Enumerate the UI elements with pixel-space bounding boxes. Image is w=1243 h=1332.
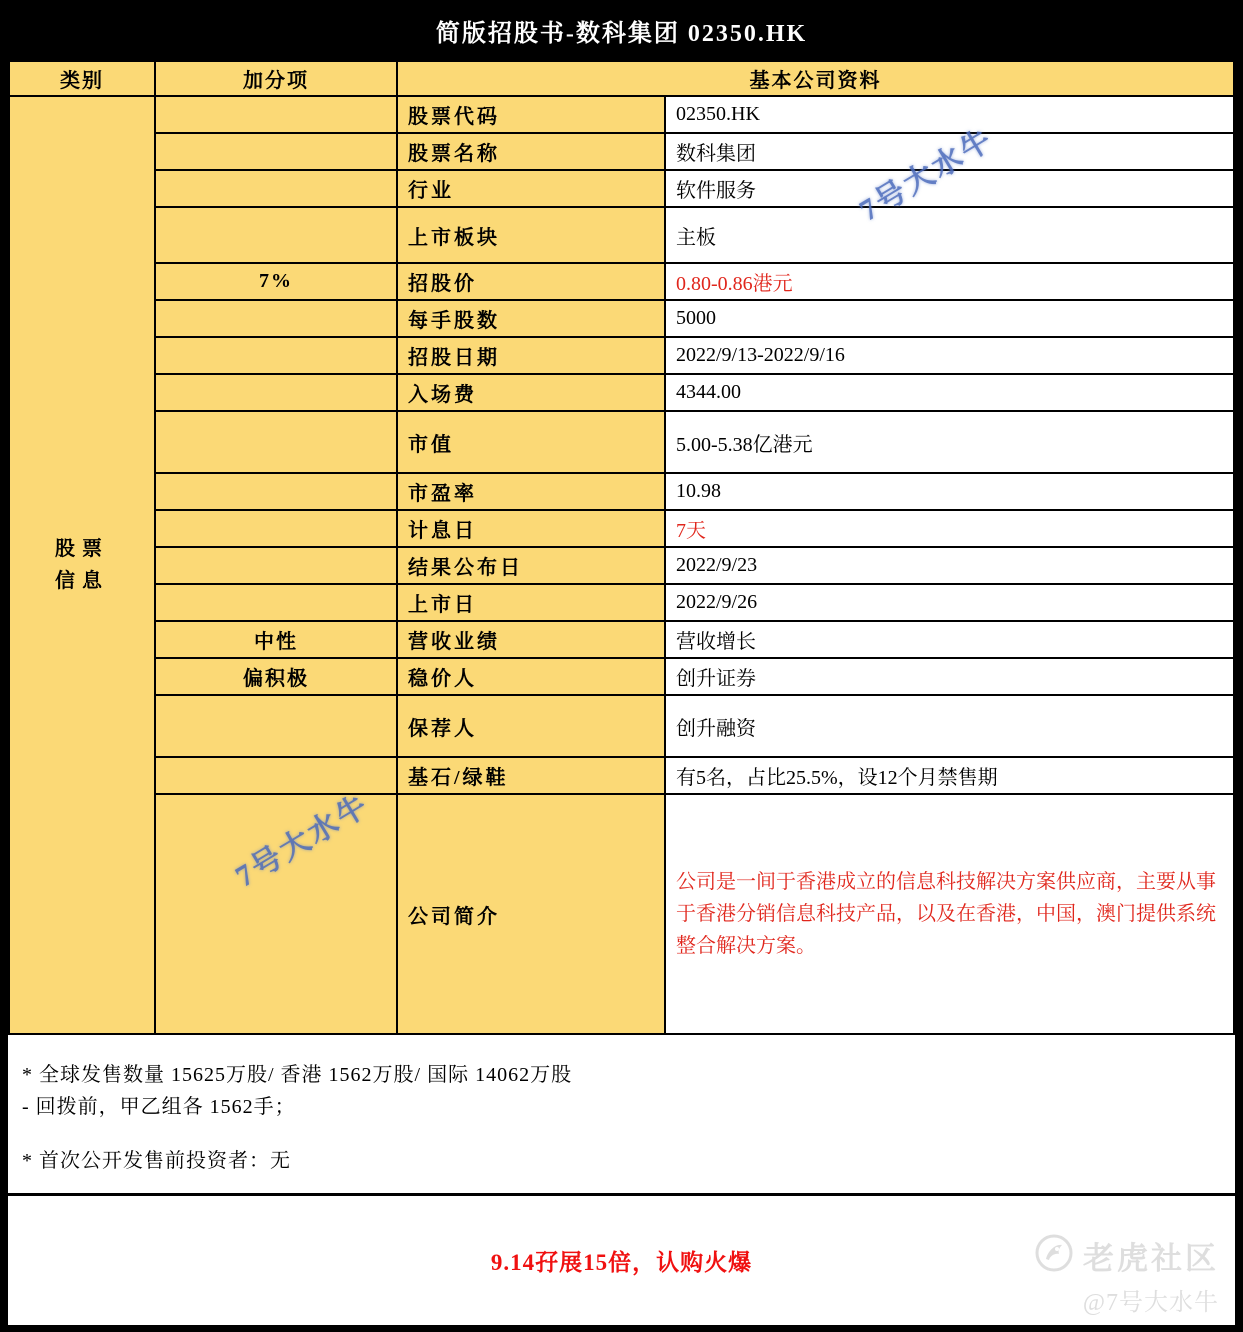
row-label: 结果公布日 [397, 547, 665, 584]
bonus-cell [155, 133, 397, 170]
bonus-cell [155, 794, 397, 1034]
row-label: 行业 [397, 170, 665, 207]
row-label: 市值 [397, 411, 665, 473]
prospectus-table: 类别 加分项 基本公司资料 股票 信息 股票代码 02350.HK 股票名称 数… [8, 60, 1235, 1035]
table-row: 公司简介 公司是一间于香港成立的信息科技解决方案供应商，主要从事于香港分销信息科… [9, 794, 1234, 1034]
brand-handle: @7号大水牛 [1035, 1282, 1219, 1317]
bonus-cell [155, 584, 397, 621]
row-value: 创升证券 [665, 658, 1234, 695]
bonus-cell [155, 757, 397, 794]
bonus-cell: 偏积极 [155, 658, 397, 695]
bonus-cell [155, 96, 397, 133]
row-label: 计息日 [397, 510, 665, 547]
row-value: 5000 [665, 300, 1234, 337]
row-value: 10.98 [665, 473, 1234, 510]
table-row: 7% 招股价 0.80-0.86港元 [9, 263, 1234, 300]
tiger-circle-icon [1035, 1234, 1073, 1277]
header-info: 基本公司资料 [397, 61, 1234, 96]
row-value: 主板 [665, 207, 1234, 263]
footer-area: 9.14孖展15倍，认购火爆 老虎社区 @7号大水牛 [8, 1196, 1235, 1325]
tiger-community-watermark: 老虎社区 @7号大水牛 [1035, 1233, 1219, 1317]
row-value: 5.00-5.38亿港元 [665, 411, 1234, 473]
row-value: 创升融资 [665, 695, 1234, 757]
header-category: 类别 [9, 61, 155, 96]
table-row: 股票 信息 股票代码 02350.HK [9, 96, 1234, 133]
company-description: 公司是一间于香港成立的信息科技解决方案供应商，主要从事于香港分销信息科技产品，以… [665, 794, 1234, 1034]
row-value: 2022/9/23 [665, 547, 1234, 584]
bonus-cell: 中性 [155, 621, 397, 658]
footnote-line: - 回拨前，甲乙组各 1562手； [22, 1091, 1235, 1123]
row-label: 上市板块 [397, 207, 665, 263]
bonus-cell: 7% [155, 263, 397, 300]
table-row: 中性 营收业绩 营收增长 [9, 621, 1234, 658]
row-label: 股票名称 [397, 133, 665, 170]
table-row: 市值 5.00-5.38亿港元 [9, 411, 1234, 473]
row-label: 营收业绩 [397, 621, 665, 658]
row-label: 保荐人 [397, 695, 665, 757]
table-row: 入场费 4344.00 [9, 374, 1234, 411]
row-value: 7天 [665, 510, 1234, 547]
bonus-cell [155, 207, 397, 263]
row-value: 2022/9/13-2022/9/16 [665, 337, 1234, 374]
row-label: 招股价 [397, 263, 665, 300]
table-row: 基石/绿鞋 有5名，占比25.5%，设12个月禁售期 [9, 757, 1234, 794]
page-title: 简版招股书-数科集团 02350.HK [8, 0, 1235, 60]
table-row: 结果公布日 2022/9/23 [9, 547, 1234, 584]
table-row: 偏积极 稳价人 创升证券 [9, 658, 1234, 695]
row-value: 有5名，占比25.5%，设12个月禁售期 [665, 757, 1234, 794]
row-label: 市盈率 [397, 473, 665, 510]
table-row: 保荐人 创升融资 [9, 695, 1234, 757]
row-value: 4344.00 [665, 374, 1234, 411]
category-cell: 股票 信息 [9, 96, 155, 1034]
row-label: 招股日期 [397, 337, 665, 374]
row-label: 公司简介 [397, 794, 665, 1034]
row-value: 营收增长 [665, 621, 1234, 658]
table-row: 上市板块 主板 [9, 207, 1234, 263]
bonus-cell [155, 547, 397, 584]
table-row: 行业 软件服务 [9, 170, 1234, 207]
table-header-row: 类别 加分项 基本公司资料 [9, 61, 1234, 96]
brand-name: 老虎社区 [1083, 1233, 1219, 1278]
row-value: 数科集团 [665, 133, 1234, 170]
table-row: 股票名称 数科集团 [9, 133, 1234, 170]
table-row: 计息日 7天 [9, 510, 1234, 547]
table-row: 每手股数 5000 [9, 300, 1234, 337]
bonus-cell [155, 337, 397, 374]
header-bonus: 加分项 [155, 61, 397, 96]
footnote-line: * 全球发售数量 15625万股/ 香港 1562万股/ 国际 14062万股 [22, 1059, 1235, 1091]
row-label: 稳价人 [397, 658, 665, 695]
table-row: 招股日期 2022/9/13-2022/9/16 [9, 337, 1234, 374]
row-value: 0.80-0.86港元 [665, 263, 1234, 300]
prospectus-card: 简版招股书-数科集团 02350.HK 类别 加分项 基本公司资料 股票 信息 … [0, 0, 1243, 1332]
row-value: 02350.HK [665, 96, 1234, 133]
row-label: 每手股数 [397, 300, 665, 337]
bonus-cell [155, 510, 397, 547]
row-label: 入场费 [397, 374, 665, 411]
row-label: 股票代码 [397, 96, 665, 133]
row-label: 基石/绿鞋 [397, 757, 665, 794]
row-label: 上市日 [397, 584, 665, 621]
bonus-cell [155, 411, 397, 473]
bonus-cell [155, 170, 397, 207]
table-row: 上市日 2022/9/26 [9, 584, 1234, 621]
row-value: 软件服务 [665, 170, 1234, 207]
bonus-cell [155, 695, 397, 757]
table-row: 市盈率 10.98 [9, 473, 1234, 510]
bonus-cell [155, 374, 397, 411]
bonus-cell [155, 300, 397, 337]
footnote-line: * 首次公开发售前投资者：无 [22, 1145, 1235, 1177]
row-value: 2022/9/26 [665, 584, 1234, 621]
bonus-cell [155, 473, 397, 510]
footnotes: * 全球发售数量 15625万股/ 香港 1562万股/ 国际 14062万股 … [8, 1035, 1235, 1196]
